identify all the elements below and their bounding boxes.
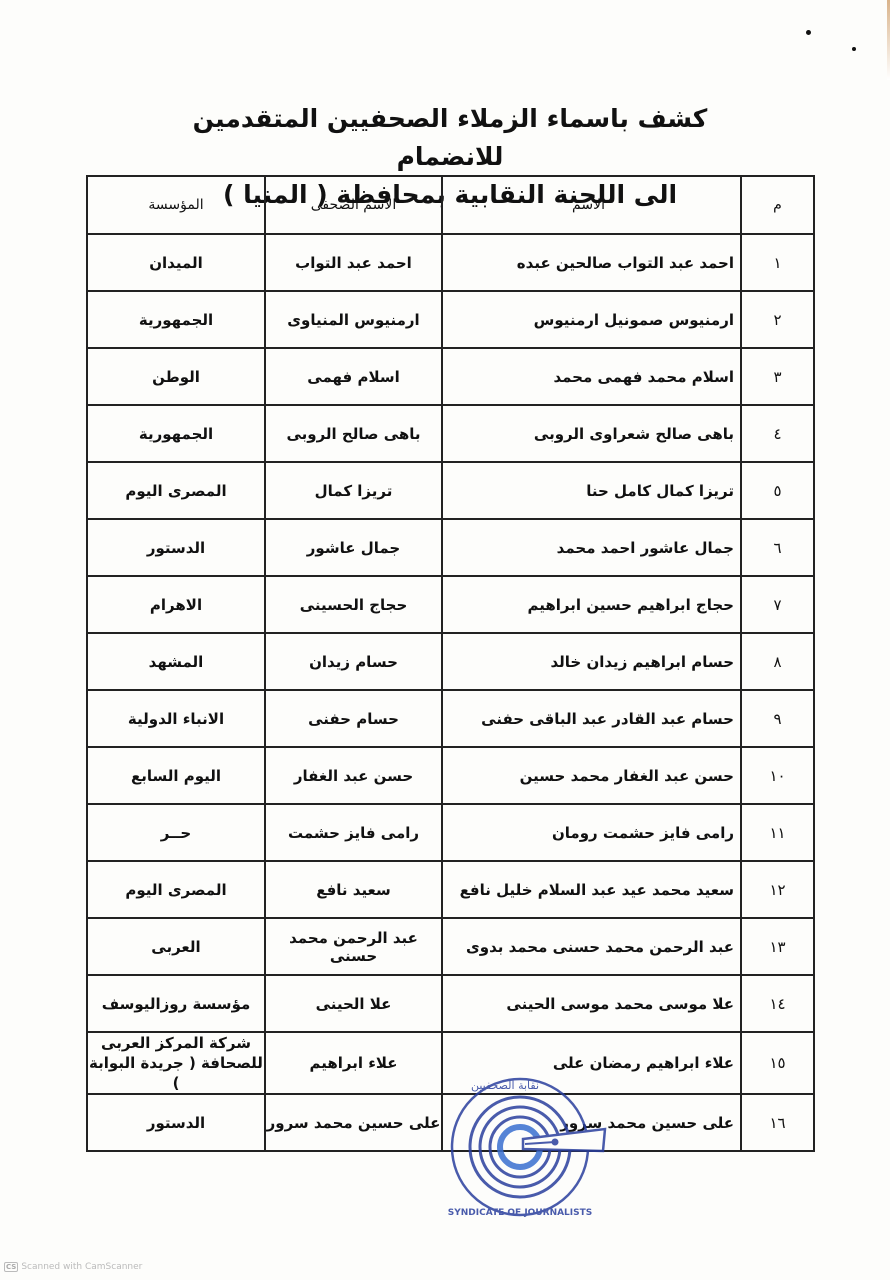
row-name: اسلام محمد فهمى محمد bbox=[442, 348, 741, 405]
row-organization: المصرى اليوم bbox=[87, 861, 265, 918]
row-name: احمد عبد التواب صالحين عبده bbox=[442, 234, 741, 291]
table-row: ٦جمال عاشور احمد محمدجمال عاشورالدستور bbox=[87, 519, 814, 576]
row-organization: العربى bbox=[87, 918, 265, 975]
row-organization: الدستور bbox=[87, 1094, 265, 1151]
row-num: ١٦ bbox=[741, 1094, 814, 1151]
table-header-row: م الاسم الاسم الصحفى المؤسسة bbox=[87, 176, 814, 234]
row-press-name: باهى صالح الروبى bbox=[265, 405, 442, 462]
title-line-1: كشف باسماء الزملاء الصحفيين المتقدمين لل… bbox=[140, 100, 760, 176]
row-name: علا موسى محمد موسى الحينى bbox=[442, 975, 741, 1032]
table-row: ٥تريزا كمال كامل حناتريزا كمالالمصرى الي… bbox=[87, 462, 814, 519]
row-name: حسام عبد القادر عبد الباقى حفنى bbox=[442, 690, 741, 747]
row-organization: الجمهورية bbox=[87, 291, 265, 348]
table-row: ١٣عبد الرحمن محمد حسنى محمد بدوىعبد الرح… bbox=[87, 918, 814, 975]
row-press-name: اسلام فهمى bbox=[265, 348, 442, 405]
row-name: حسن عبد الغفار محمد حسين bbox=[442, 747, 741, 804]
row-num: ١١ bbox=[741, 804, 814, 861]
row-organization: الميدان bbox=[87, 234, 265, 291]
row-press-name: حسام زيدان bbox=[265, 633, 442, 690]
row-organization: الدستور bbox=[87, 519, 265, 576]
table-row: ٩حسام عبد القادر عبد الباقى حفنىحسام حفن… bbox=[87, 690, 814, 747]
row-organization: الانباء الدولية bbox=[87, 690, 265, 747]
row-num: ٣ bbox=[741, 348, 814, 405]
table-row: ٢ارمنيوس صمونيل ارمنيوسارمنيوس المنياوىا… bbox=[87, 291, 814, 348]
header-name: الاسم bbox=[442, 176, 741, 234]
row-name: على حسين محمد سرور bbox=[442, 1094, 741, 1151]
row-name: تريزا كمال كامل حنا bbox=[442, 462, 741, 519]
row-press-name: علا الحينى bbox=[265, 975, 442, 1032]
row-name: عبد الرحمن محمد حسنى محمد بدوى bbox=[442, 918, 741, 975]
row-num: ٦ bbox=[741, 519, 814, 576]
row-press-name: جمال عاشور bbox=[265, 519, 442, 576]
row-num: ١٤ bbox=[741, 975, 814, 1032]
row-num: ١٠ bbox=[741, 747, 814, 804]
row-press-name: ارمنيوس المنياوى bbox=[265, 291, 442, 348]
row-num: ١٢ bbox=[741, 861, 814, 918]
row-num: ٤ bbox=[741, 405, 814, 462]
row-press-name: سعيد نافع bbox=[265, 861, 442, 918]
row-num: ٧ bbox=[741, 576, 814, 633]
table-row: ١١رامى فايز حشمت رومانرامى فايز حشمتحــر bbox=[87, 804, 814, 861]
header-organization: المؤسسة bbox=[87, 176, 265, 234]
row-organization: مؤسسة روزاليوسف bbox=[87, 975, 265, 1032]
speck-mark bbox=[806, 30, 811, 35]
table-row: ١٠حسن عبد الغفار محمد حسينحسن عبد الغفار… bbox=[87, 747, 814, 804]
row-organization: الجمهورية bbox=[87, 405, 265, 462]
row-press-name: حسام حفنى bbox=[265, 690, 442, 747]
camscanner-logo-icon: CS bbox=[4, 1262, 18, 1272]
row-num: ١ bbox=[741, 234, 814, 291]
row-name: ارمنيوس صمونيل ارمنيوس bbox=[442, 291, 741, 348]
row-name: علاء ابراهيم رمضان على bbox=[442, 1032, 741, 1094]
row-press-name: حجاج الحسينى bbox=[265, 576, 442, 633]
table-row: ٧حجاج ابراهيم حسين ابراهيمحجاج الحسينىال… bbox=[87, 576, 814, 633]
row-organization: الاهرام bbox=[87, 576, 265, 633]
table-row: ١٥علاء ابراهيم رمضان علىعلاء ابراهيمشركة… bbox=[87, 1032, 814, 1094]
row-press-name: رامى فايز حشمت bbox=[265, 804, 442, 861]
table-row: ١٦على حسين محمد سرورعلى حسين محمد سرورال… bbox=[87, 1094, 814, 1151]
row-num: ٢ bbox=[741, 291, 814, 348]
row-name: جمال عاشور احمد محمد bbox=[442, 519, 741, 576]
table-row: ٨حسام ابراهيم زيدان خالدحسام زيدانالمشهد bbox=[87, 633, 814, 690]
header-num: م bbox=[741, 176, 814, 234]
row-press-name: عبد الرحمن محمد حسنى bbox=[265, 918, 442, 975]
row-name: حسام ابراهيم زيدان خالد bbox=[442, 633, 741, 690]
row-organization: المشهد bbox=[87, 633, 265, 690]
header-press-name: الاسم الصحفى bbox=[265, 176, 442, 234]
row-organization: المصرى اليوم bbox=[87, 462, 265, 519]
row-name: رامى فايز حشمت رومان bbox=[442, 804, 741, 861]
table-row: ٤باهى صالح شعراوى الروبىباهى صالح الروبى… bbox=[87, 405, 814, 462]
row-organization: الوطن bbox=[87, 348, 265, 405]
row-press-name: علاء ابراهيم bbox=[265, 1032, 442, 1094]
row-num: ١٥ bbox=[741, 1032, 814, 1094]
row-name: حجاج ابراهيم حسين ابراهيم bbox=[442, 576, 741, 633]
svg-text:SYNDICATE OF JOURNALISTS: SYNDICATE OF JOURNALISTS bbox=[448, 1208, 593, 1218]
journalists-table: م الاسم الاسم الصحفى المؤسسة ١احمد عبد ا… bbox=[86, 175, 815, 1152]
row-organization: حــر bbox=[87, 804, 265, 861]
speck-mark bbox=[852, 47, 856, 51]
row-num: ١٣ bbox=[741, 918, 814, 975]
row-organization: شركة المركز العربى للصحافة ( جريدة البوا… bbox=[87, 1032, 265, 1094]
row-name: باهى صالح شعراوى الروبى bbox=[442, 405, 741, 462]
row-press-name: تريزا كمال bbox=[265, 462, 442, 519]
row-name: سعيد محمد عيد عبد السلام خليل نافع bbox=[442, 861, 741, 918]
row-num: ٨ bbox=[741, 633, 814, 690]
watermark-text: Scanned with CamScanner bbox=[21, 1262, 142, 1272]
scanner-watermark: CS Scanned with CamScanner bbox=[4, 1262, 142, 1272]
row-num: ٩ bbox=[741, 690, 814, 747]
row-press-name: احمد عبد التواب bbox=[265, 234, 442, 291]
table-row: ٣اسلام محمد فهمى محمداسلام فهمىالوطن bbox=[87, 348, 814, 405]
row-num: ٥ bbox=[741, 462, 814, 519]
table-row: ١احمد عبد التواب صالحين عبدهاحمد عبد الت… bbox=[87, 234, 814, 291]
table-row: ١٢سعيد محمد عيد عبد السلام خليل نافعسعيد… bbox=[87, 861, 814, 918]
row-press-name: حسن عبد الغفار bbox=[265, 747, 442, 804]
row-organization: اليوم السابع bbox=[87, 747, 265, 804]
row-press-name: على حسين محمد سرور bbox=[265, 1094, 442, 1151]
table-row: ١٤علا موسى محمد موسى الحينىعلا الحينىمؤس… bbox=[87, 975, 814, 1032]
